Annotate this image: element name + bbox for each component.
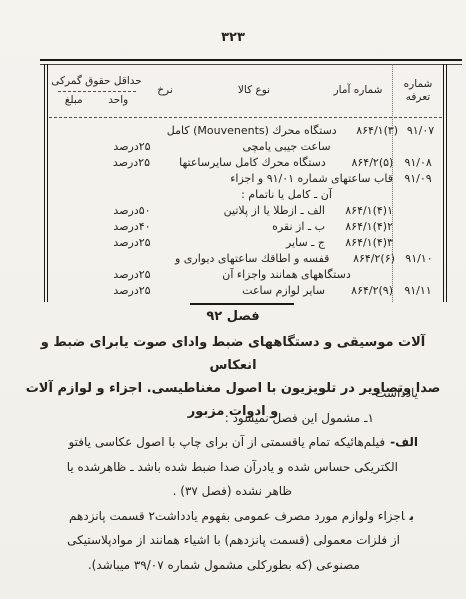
- tariff-number-cell: ۹۱/۱۰: [395, 251, 443, 267]
- rate-cell: ۲۵درصد: [86, 267, 178, 283]
- tariff-table: شماره تعرفه شماره آمار نوع كالا نرخ حداق…: [44, 64, 447, 302]
- header-minimum-customs-duty: حداقل حقوق گمركی واحد مبلغ: [48, 75, 145, 107]
- note-a-line-2: الكتريكی حساس شده و يادرآن صدا ضبط شده ب…: [26, 455, 418, 480]
- note-b-label: ب: [409, 509, 414, 523]
- note-a-label: الف-: [390, 435, 418, 449]
- header-statistics-number: شماره آمار: [323, 84, 393, 97]
- note-item-1: ۱ـ مشمول اين فصل نميشود :: [26, 406, 418, 431]
- table-row: ۹۱/۱۰ ۸۶۴/۲(۶) قفسه و اطاقك ساعتهای ديوا…: [48, 251, 443, 267]
- note-a-line-1: الف-فيلم‌هائيكه تمام ياقسمتی از آن برای …: [26, 430, 418, 455]
- goods-cell: الف ـ ازطلا يا از پلاتين: [178, 203, 325, 219]
- goods-cell: ساعت جيبی يامچی: [178, 139, 393, 155]
- note-a-line-3: ظاهر نشده (فصل ۳۷) .: [26, 479, 418, 504]
- page-number: ۳۲۳: [0, 30, 466, 45]
- tariff-number-cell: ۹۱/۰۹: [393, 171, 443, 187]
- chapter-notes: يادداشت ۱ـ مشمول اين فصل نميشود : الف-في…: [26, 381, 418, 577]
- goods-cell: آن ـ كامل يا ناتمام :: [178, 187, 393, 203]
- stat-number-cell: ۸۶۴/۱(۴)۲: [325, 219, 393, 235]
- table-row: ۸۶۴/۱(۴)۳ ج ـ ساير ۲۵درصد: [48, 235, 443, 251]
- stat-number-cell: ۸۶۴/۱(۴)۳: [325, 235, 393, 251]
- rate-cell: ۲۵درصد: [86, 283, 178, 299]
- note-b-line-3: مصنوعی (كه بطوركلی مشمول شماره ۳۹/۰۷ ميب…: [26, 553, 418, 578]
- goods-cell: ج ـ ساير: [178, 235, 325, 251]
- note-b-line-1: باجزاء ولوازم مورد مصرف عمومی بفهوم يادد…: [26, 504, 418, 529]
- goods-cell: دستگاههای همانند واجزاء آن: [178, 267, 393, 283]
- tariff-number-cell: ۹۱/۰۷: [398, 123, 443, 139]
- chapter-divider-rule: [190, 303, 294, 305]
- chapter-title-line: آلات موسيقی و دستگاههای ضبط وادای صوت يا…: [18, 331, 448, 377]
- stat-number-cell: ۸۶۴/۲(۵): [326, 155, 394, 171]
- tariff-column-separator: [392, 64, 393, 302]
- table-row: ۹۱/۱۱ ۸۶۴/۲(۹) ساير لوازم ساعت ۲۵درصد: [48, 283, 443, 299]
- stat-number-cell: ۸۶۴/۱(۳): [337, 123, 398, 139]
- stat-number-cell: ۸۶۴/۲(۶): [329, 251, 395, 267]
- rate-cell: ۵۰درصد: [86, 203, 178, 219]
- rate-cell: ۲۵درصد: [86, 155, 177, 171]
- notes-title: يادداشت: [26, 381, 418, 406]
- table-row: دستگاههای همانند واجزاء آن ۲۵درصد: [48, 267, 443, 283]
- table-body: ۹۱/۰۷ ۸۶۴/۱(۳) دستگاه محرك (Mouvenents) …: [48, 118, 443, 299]
- chapter-number: فصل ۹۲: [18, 309, 448, 324]
- header-duty-amount: مبلغ: [65, 94, 83, 107]
- goods-cell: دستگاه محرك (Mouvenents) كامل: [165, 123, 337, 139]
- goods-cell: قاب ساعتهای شماره ۹۱/۰۱ و اجزاء: [178, 171, 393, 187]
- table-header-row: شماره تعرفه شماره آمار نوع كالا نرخ حداق…: [48, 64, 443, 117]
- table-row: ۹۱/۰۸ ۸۶۴/۲(۵) دستگاه محرك كامل سايرساعت…: [48, 155, 443, 171]
- tariff-number-cell: ۹۱/۰۸: [393, 155, 443, 171]
- scanned-tariff-page: ۳۲۳ شماره تعرفه شماره آمار نوع كالا نرخ …: [0, 0, 466, 599]
- note-b-line-2: از فلزات معمولی (قسمت پانزدهم) با اشياء …: [26, 528, 418, 553]
- goods-cell: ب ـ از نقره: [178, 219, 325, 235]
- goods-cell: ساير لوازم ساعت: [178, 283, 325, 299]
- header-tariff-number: شماره تعرفه: [393, 78, 443, 104]
- tariff-number-cell: ۹۱/۱۱: [393, 283, 443, 299]
- table-row: ۹۱/۰۷ ۸۶۴/۱(۳) دستگاه محرك (Mouvenents) …: [48, 123, 443, 139]
- goods-cell: دستگاه محرك كامل سايرساعتها: [177, 155, 326, 171]
- header-rate: نرخ: [145, 84, 185, 97]
- table-row: ۸۶۴/۱(۴)۲ ب ـ از نقره ۴۰درصد: [48, 219, 443, 235]
- table-row: ۹۱/۰۹ قاب ساعتهای شماره ۹۱/۰۱ و اجزاء: [48, 171, 443, 187]
- table-row: آن ـ كامل يا ناتمام :: [48, 187, 443, 203]
- rate-cell: ۲۵درصد: [86, 139, 178, 155]
- header-goods-type: نوع كالا: [185, 84, 323, 97]
- stat-number-cell: ۸۶۴/۱(۴)۱: [325, 203, 393, 219]
- table-row: ساعت جيبی يامچی ۲۵درصد: [48, 139, 443, 155]
- stat-number-cell: ۸۶۴/۲(۹): [325, 283, 393, 299]
- rate-cell: ۴۰درصد: [86, 219, 178, 235]
- table-row: ۸۶۴/۱(۴)۱ الف ـ ازطلا يا از پلاتين ۵۰درص…: [48, 203, 443, 219]
- goods-cell: قفسه و اطاقك ساعتهای ديواری و: [173, 251, 329, 267]
- rate-cell: ۲۵درصد: [86, 235, 178, 251]
- header-duty-unit: واحد: [108, 94, 128, 107]
- duty-header-divider: [58, 91, 136, 92]
